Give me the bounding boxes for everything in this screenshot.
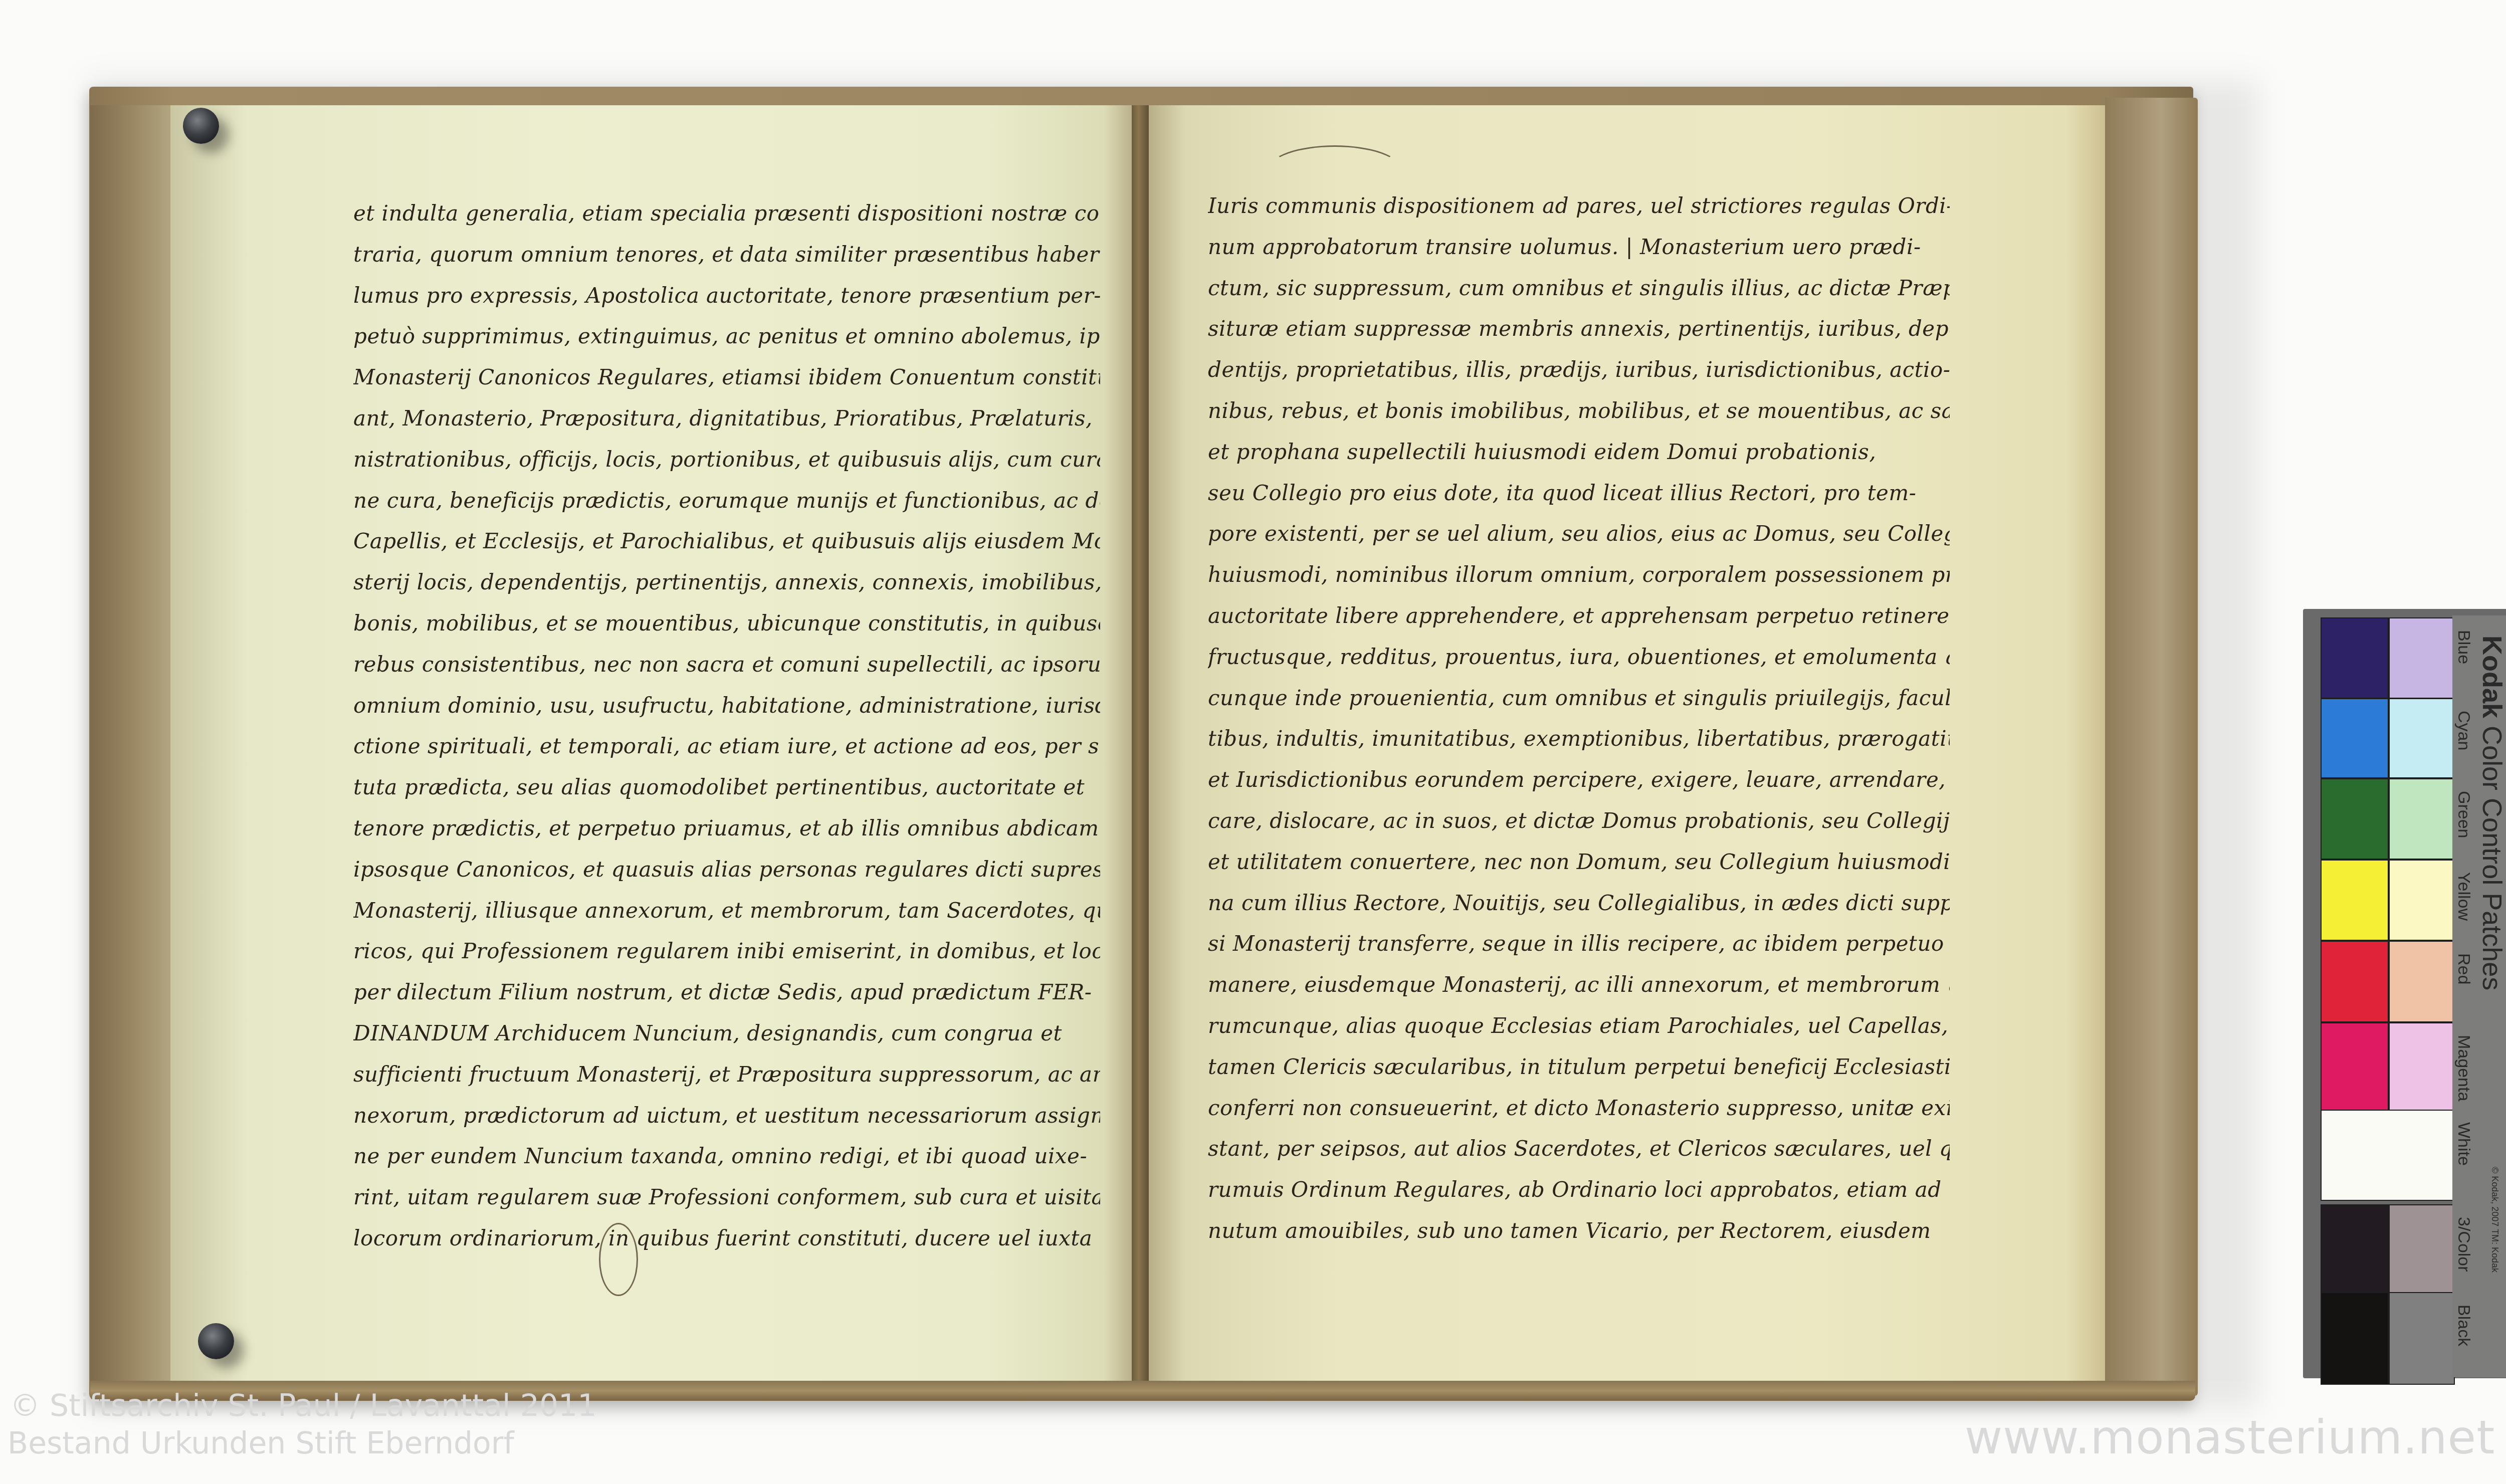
text-line: Iuris communis dispositionem ad pares, u… (1208, 185, 1950, 227)
right-binding-edge (2105, 98, 2198, 1396)
text-line: locorum ordinariorum, in quibus fuerint … (353, 1218, 1100, 1259)
magnet-weight-icon (183, 108, 219, 144)
text-line: ipsosque Canonicos, et quasuis alias per… (353, 849, 1100, 890)
text-line: na cum illius Rectore, Nouitijs, seu Col… (1208, 883, 1950, 924)
color-patch-black-light (2389, 1292, 2455, 1385)
text-line: ant, Monasterio, Præpositura, dignitatib… (353, 398, 1100, 439)
color-patch-white (2321, 1110, 2455, 1201)
text-line: huiusmodi, nominibus illorum omnium, cor… (1208, 554, 1950, 595)
text-line: nexorum, prædictorum ad uictum, et uesti… (353, 1095, 1100, 1136)
text-line: et indulta generalia, etiam specialia pr… (353, 193, 1100, 234)
text-line: sufficienti fructuum Monasterij, et Præp… (353, 1054, 1100, 1095)
magnet-weight-icon (198, 1323, 234, 1359)
text-line: ne cura, beneficijs prædictis, eorumque … (353, 480, 1100, 521)
left-page-text: et indulta generalia, etiam specialia pr… (353, 193, 1100, 1259)
website-watermark: www.monasterium.net (1965, 1411, 2495, 1464)
text-line: tamen Clericis sæcularibus, in titulum p… (1208, 1046, 1950, 1088)
text-line: omnium dominio, usu, usufructu, habitati… (353, 685, 1100, 726)
kodak-copyright: © Kodak, 2007 TM: Kodak (2489, 1167, 2500, 1273)
color-patch-magenta-light (2389, 1022, 2455, 1114)
color-patch-yellow-light (2389, 860, 2455, 941)
text-line: et utilitatem conuertere, nec non Domum,… (1208, 841, 1950, 883)
color-patch-cyan-dark (2321, 698, 2389, 778)
text-line: auctoritate libere apprehendere, et appr… (1208, 595, 1950, 637)
text-line: ctione spirituali, et temporali, ac etia… (353, 726, 1100, 767)
text-line: nistrationibus, officijs, locis, portion… (353, 439, 1100, 480)
patch-label: Black (2454, 1305, 2473, 1346)
text-line: tibus, indultis, imunitatibus, exemption… (1208, 718, 1950, 759)
text-line: cunque inde prouenientia, cum omnibus et… (1208, 678, 1950, 719)
color-patch-green-dark (2321, 778, 2389, 860)
text-line: care, dislocare, ac in suos, et dictæ Do… (1208, 800, 1950, 841)
text-line: Capellis, et Ecclesijs, et Parochialibus… (353, 521, 1100, 562)
text-line: ctum, sic suppressum, cum omnibus et sin… (1208, 268, 1950, 309)
text-line: tuta prædicta, seu alias quomodolibet pe… (353, 767, 1100, 808)
color-patch-red-dark (2321, 941, 2389, 1022)
patch-label: 3/Color (2454, 1217, 2473, 1272)
text-line: ne per eundem Nuncium taxanda, omnino re… (353, 1136, 1100, 1177)
text-line: Monasterij, illiusque annexorum, et memb… (353, 890, 1100, 931)
color-patch-3-color-dark (2321, 1204, 2389, 1296)
text-line: rebus consistentibus, nec non sacra et c… (353, 644, 1100, 685)
text-line: num approbatorum transire uolumus. | Mon… (1208, 227, 1950, 268)
kodak-title: Kodak Color Control Patches (2476, 635, 2506, 990)
color-patch-red-light (2389, 941, 2455, 1022)
text-line: nutum amouibiles, sub uno tamen Vicario,… (1208, 1210, 1950, 1251)
text-line: stant, per seipsos, aut alios Sacerdotes… (1208, 1128, 1950, 1169)
book-gutter (1132, 105, 1149, 1381)
text-line: rumuis Ordinum Regulares, ab Ordinario l… (1208, 1169, 1950, 1210)
right-page-text: Iuris communis dispositionem ad pares, u… (1208, 185, 1950, 1251)
text-line: petuò supprimimus, extinguimus, ac penit… (353, 316, 1100, 357)
copyright-watermark: © Stiftsarchiv St. Paul / Lavanttal 2011 (10, 1388, 596, 1423)
chart-title: Color Control Patches (2477, 726, 2506, 990)
text-line: situræ etiam suppressæ membris annexis, … (1208, 308, 1950, 349)
patch-label: Blue (2454, 630, 2473, 664)
text-line: sterij locis, dependentijs, pertinentijs… (353, 562, 1100, 603)
patch-label: White (2454, 1122, 2473, 1166)
text-line: bonis, mobilibus, et se mouentibus, ubic… (353, 603, 1100, 644)
patch-label: Green (2454, 791, 2473, 838)
text-line: et prophana supellectili huiusmodi eidem… (1208, 432, 1950, 473)
text-line: et Iurisdictionibus eorundem percipere, … (1208, 759, 1950, 800)
patch-label: Magenta (2454, 1035, 2473, 1101)
text-line: pore existenti, per se uel alium, seu al… (1208, 513, 1950, 554)
kodak-ruler: Kodak Color Control Patches cm inches © … (2452, 615, 2506, 1377)
text-line: ricos, qui Professionem regularem inibi … (353, 931, 1100, 972)
patch-label: Cyan (2454, 711, 2473, 750)
color-patch-magenta-dark (2321, 1022, 2389, 1114)
color-patch-green-light (2389, 778, 2455, 860)
text-line: lumus pro expressis, Apostolica auctorit… (353, 275, 1100, 316)
collection-watermark: Bestand Urkunden Stift Eberndorf (8, 1426, 514, 1461)
text-line: per dilectum Filium nostrum, et dictæ Se… (353, 972, 1100, 1013)
text-line: manere, eiusdemque Monasterij, ac illi a… (1208, 964, 1950, 1005)
text-line: traria, quorum omnium tenores, et data s… (353, 234, 1100, 275)
color-patch-blue-dark (2321, 617, 2389, 699)
left-binding-edge (90, 105, 175, 1393)
text-line: dentijs, proprietatibus, illis, prædijs,… (1208, 349, 1950, 390)
text-line: fructusque, redditus, prouentus, iura, o… (1208, 637, 1950, 678)
text-line: si Monasterij transferre, seque in illis… (1208, 923, 1950, 964)
patch-label: Red (2454, 953, 2473, 984)
color-patch-blue-light (2389, 617, 2455, 699)
color-patch-yellow-dark (2321, 860, 2389, 941)
kodak-brand: Kodak (2477, 635, 2506, 718)
text-line: rumcunque, alias quoque Ecclesias etiam … (1208, 1005, 1950, 1046)
color-patch-3-color-light (2389, 1204, 2455, 1296)
text-line: conferri non consueuerint, et dicto Mona… (1208, 1088, 1950, 1129)
text-line: nibus, rebus, et bonis imobilibus, mobil… (1208, 390, 1950, 432)
color-patch-cyan-light (2389, 698, 2455, 778)
patch-label: Yellow (2454, 872, 2473, 921)
text-line: Monasterij Canonicos Regulares, etiamsi … (353, 357, 1100, 398)
text-line: seu Collegio pro eius dote, ita quod lic… (1208, 473, 1950, 514)
text-line: tenore prædictis, et perpetuo priuamus, … (353, 808, 1100, 849)
color-patch-black-dark (2321, 1292, 2389, 1385)
text-line: rint, uitam regularem suæ Professioni co… (353, 1177, 1100, 1218)
text-line: DINANDUM Archiducem Nuncium, designandis… (353, 1013, 1100, 1054)
